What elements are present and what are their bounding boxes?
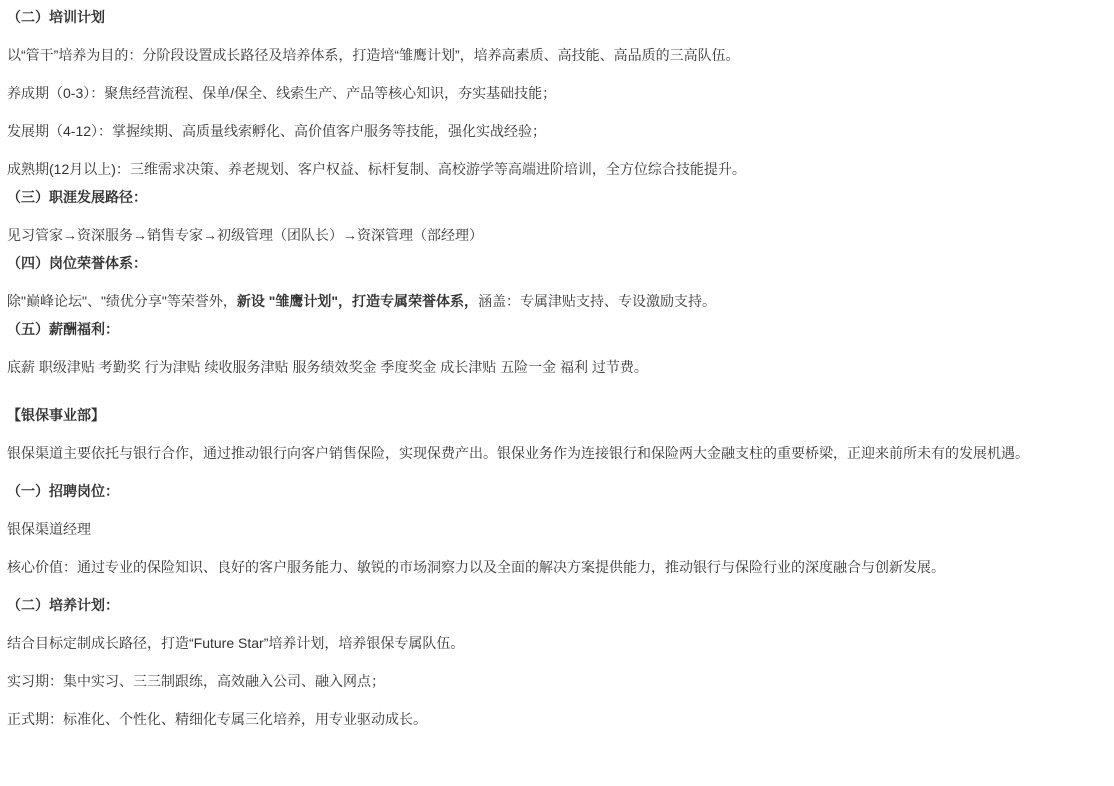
para-honor-system: 除"巅峰论坛"、"绩优分享"等荣誉外，新设 "雏鹰计划"，打造专属荣誉体系，涵盖… bbox=[7, 288, 1104, 314]
heading-career-path: （三）职涯发展路径： bbox=[7, 184, 1104, 210]
para-training-goal: 以“管干”培养为目的：分阶段设置成长路径及培养体系，打造培“雏鹰计划”，培养高素… bbox=[7, 42, 1104, 68]
honor-text-pre: 除"巅峰论坛"、"绩优分享"等荣誉外， bbox=[7, 293, 237, 309]
document-body: （二）培训计划 以“管干”培养为目的：分阶段设置成长路径及培养体系，打造培“雏鹰… bbox=[0, 0, 1114, 786]
heading-recruit-position: （一）招聘岗位： bbox=[7, 478, 1104, 504]
heading-bancassurance-dept: 【银保事业部】 bbox=[7, 402, 1104, 428]
para-stage-mature: 成熟期(12月以上)：三维需求决策、养老规划、客户权益、标杆复制、高校游学等高端… bbox=[7, 156, 1104, 182]
honor-text-post: 涵盖：专属津贴支持、专设激励支持。 bbox=[478, 293, 716, 309]
para-bancassurance-intro: 银保渠道主要依托与银行合作，通过推动银行向客户销售保险，实现保费产出。银保业务作… bbox=[7, 440, 1104, 466]
heading-honor-system: （四）岗位荣誉体系： bbox=[7, 250, 1104, 276]
para-salary-items: 底薪 职级津贴 考勤奖 行为津贴 续收服务津贴 服务绩效奖金 季度奖金 成长津贴… bbox=[7, 354, 1104, 380]
para-core-value: 核心价值：通过专业的保险知识、良好的客户服务能力、敏锐的市场洞察力以及全面的解决… bbox=[7, 554, 1104, 580]
honor-text-bold: 新设 "雏鹰计划"，打造专属荣誉体系， bbox=[237, 293, 478, 309]
para-position-name: 银保渠道经理 bbox=[7, 516, 1104, 542]
para-stage-development: 发展期（4-12）：掌握续期、高质量线索孵化、高价值客户服务等技能，强化实战经验… bbox=[7, 118, 1104, 144]
heading-cultivate-plan: （二）培养计划： bbox=[7, 592, 1104, 618]
para-stage-formation: 养成期（0-3）：聚焦经营流程、保单/保全、线索生产、产品等核心知识，夯实基础技… bbox=[7, 80, 1104, 106]
para-intern-period: 实习期：集中实习、三三制跟练，高效融入公司、融入网点； bbox=[7, 668, 1104, 694]
para-formal-period: 正式期：标准化、个性化、精细化专属三化培养，用专业驱动成长。 bbox=[7, 706, 1104, 732]
para-career-path: 见习管家→资深服务→销售专家→初级管理（团队长）→资深管理（部经理） bbox=[7, 222, 1104, 248]
heading-training-plan: （二）培训计划 bbox=[7, 4, 1104, 30]
para-cultivate-intro: 结合目标定制成长路径，打造“Future Star”培养计划，培养银保专属队伍。 bbox=[7, 630, 1104, 656]
heading-salary-benefits: （五）薪酬福利： bbox=[7, 316, 1104, 342]
